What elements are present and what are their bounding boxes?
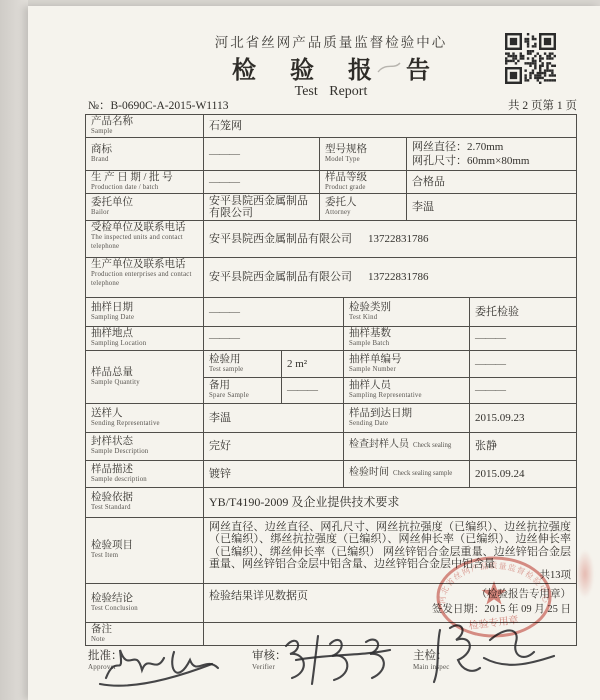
inspection-stamp: 河北省丝网产品质量监督检验中心 检验专用章: [433, 553, 555, 641]
note-label: 备注 Note: [86, 623, 203, 645]
value-text: 李温: [209, 412, 231, 425]
test-sample-label: 检验用 Test sample: [203, 351, 281, 377]
approver-label: 批准： Approver: [88, 650, 123, 672]
label-cn: 检验项目: [91, 540, 198, 552]
label-cn: 抽样地点: [91, 328, 198, 340]
label-cn: 备用: [209, 380, 276, 392]
row-production-unit: 生产单位及联系电话 Production enterprises and con…: [86, 257, 576, 297]
value-text: 石笼网: [209, 120, 242, 133]
sender-label: 送样人 Sending Representative: [86, 404, 203, 432]
sample-number-label: 抽样单编号 Sample Number: [343, 351, 469, 377]
value-text: ———: [475, 358, 505, 371]
label-cn: 检验时间: [349, 467, 389, 478]
row-bailor: 委托单位 Bailor 安平县院西金属制品有限公司 委托人 Attorney 李…: [86, 193, 576, 220]
inspected-unit-value: 安平县院西金属制品有限公司 13722831786: [203, 221, 576, 257]
label-cn: 样品总量: [91, 367, 198, 379]
product-name-value: 石笼网: [203, 115, 576, 137]
row-production-grade: 生 产 日 期 / 批 号 Production date / batch ——…: [86, 170, 576, 193]
row-seal-state: 封样状态 Sample Description 完好 检查封样人员 Check …: [86, 432, 576, 460]
label-en: Approver: [88, 663, 123, 672]
label-cn: 抽样日期: [91, 302, 198, 314]
sample-batch-value: ———: [469, 327, 576, 350]
label-cn: 批准：: [88, 650, 123, 663]
attorney-value: 李温: [406, 194, 576, 220]
attorney-label: 委托人 Attorney: [319, 194, 406, 220]
inspected-unit-label: 受检单位及联系电话 The inspected units and contac…: [86, 221, 203, 257]
label-en: Sampling Location: [91, 340, 198, 349]
stamp-ink-smudge: [576, 550, 594, 598]
label-cn: 抽样人员: [349, 380, 464, 392]
row-product-name: 产品名称 Sample 石笼网: [86, 115, 576, 137]
row-test-standard: 检验依据 Test Standard YB/T4190-2009 及企业提供技术…: [86, 487, 576, 517]
test-conclusion-label: 检验结论 Test Conclusion: [86, 584, 203, 622]
value-text: 委托检验: [475, 306, 519, 319]
sender-value: 李温: [203, 404, 343, 432]
inspector-label: 主检： Main inspec: [413, 650, 450, 672]
stamp-bottom-text: 检验专用章: [468, 613, 519, 632]
spare-sample-label: 备用 Spare Sample: [203, 378, 281, 404]
label-cn: 封样状态: [91, 436, 198, 448]
label-en: Production date / batch: [91, 184, 198, 193]
label-cn: 样品描述: [91, 464, 198, 476]
sample-desc-label: 样品描述 Sample description: [86, 461, 203, 487]
phone-number: 13722831786: [368, 271, 429, 284]
value-text: ———: [209, 332, 239, 345]
label-en: Test Item: [91, 552, 198, 561]
row-sample-description: 样品描述 Sample description 镀锌 检验时间 Check se…: [86, 460, 576, 487]
label-en: The inspected units and contact telephon…: [91, 234, 198, 251]
subrow-test-sample: 检验用 Test sample 2 m² 抽样单编号 Sample Number…: [203, 351, 576, 377]
label-cn: 检验类别: [349, 302, 464, 314]
test-standard-label: 检验依据 Test Standard: [86, 488, 203, 517]
subrow-spare-sample: 备用 Spare Sample ——— 抽样人员 Sampling Repres…: [203, 377, 576, 404]
organization-title: 河北省丝网产品质量监督检验中心: [85, 31, 577, 51]
label-en: Sample: [91, 128, 198, 137]
test-time-value: 2015.09.24: [469, 461, 576, 487]
sample-desc-value: 镀锌: [203, 461, 343, 487]
label-en: Spare Sample: [209, 392, 276, 401]
production-date-value: ———: [203, 171, 319, 193]
label-en: Product grade: [325, 184, 401, 193]
row-sampling-location: 抽样地点 Sampling Location ——— 抽样基数 Sample B…: [86, 326, 576, 350]
stamp-star-icon: [482, 581, 507, 605]
row-sender: 送样人 Sending Representative 李温 样品到达日期 Sen…: [86, 403, 576, 432]
label-en: Sample Batch: [349, 340, 464, 349]
label-en: Brand: [91, 156, 198, 165]
product-grade-label: 样品等级 Product grade: [319, 171, 406, 193]
production-unit-value: 安平县院西金属制品有限公司 13722831786: [203, 258, 576, 297]
row-inspected-unit: 受检单位及联系电话 The inspected units and contac…: [86, 220, 576, 257]
wire-diameter: 网丝直径：2.70mm: [412, 140, 503, 154]
value-text: 张静: [475, 440, 497, 453]
label-cn: 抽样基数: [349, 328, 464, 340]
label-en: Production enterprises and contact telep…: [91, 271, 198, 288]
label-en: Sample Description: [91, 448, 198, 457]
label-en: Test Kind: [349, 314, 464, 323]
value-text: 2015.09.23: [475, 412, 525, 425]
label-cn: 备注: [91, 624, 198, 636]
label-cn: 型号规格: [325, 144, 401, 156]
label-cn: 商标: [91, 144, 198, 156]
label-en: Sample Number: [349, 366, 464, 375]
label-en: Sample Quantity: [91, 379, 198, 388]
verifier-label: 审核： Verifier: [252, 650, 287, 672]
label-en: Main inspec: [413, 663, 450, 672]
label-en: Attorney: [325, 209, 401, 218]
seal-state-value: 完好: [203, 433, 343, 460]
seal-state-label: 封样状态 Sample Description: [86, 433, 203, 460]
report-number-prefix: №：: [88, 100, 110, 112]
test-kind-value: 委托检验: [469, 298, 576, 326]
value-text: 李温: [412, 201, 434, 214]
label-cn: 审核：: [252, 650, 287, 663]
report-number-value: B-0690C-A-2015-W1113: [110, 100, 228, 112]
value-text: 2015.09.24: [475, 468, 525, 481]
label-cn: 检验依据: [91, 492, 198, 504]
label-cn: 样品等级: [325, 172, 401, 184]
sampling-location-label: 抽样地点 Sampling Location: [86, 327, 203, 350]
sample-quantity-label: 样品总量 Sample Quantity: [86, 351, 203, 403]
brand-label: 商标 Brand: [86, 138, 203, 170]
spare-sample-value: ———: [281, 378, 343, 404]
label-cn: 检查封样人员: [349, 439, 409, 450]
label-cn: 委托单位: [91, 197, 198, 209]
value-text: 完好: [209, 440, 231, 453]
sampling-location-value: ———: [203, 327, 343, 350]
report-number-line: №：B-0690C-A-2015-W1113 共 2 页第 1 页: [88, 97, 577, 113]
value-text: 安平县院西金属制品有限公司: [209, 195, 314, 219]
brand-value: ———: [203, 138, 319, 170]
sample-quantity-subgrid: 检验用 Test sample 2 m² 抽样单编号 Sample Number…: [203, 351, 576, 403]
value-text: 合格品: [412, 176, 445, 189]
pen-mark: [376, 58, 402, 76]
row-sample-quantity: 样品总量 Sample Quantity 检验用 Test sample 2 m…: [86, 350, 576, 403]
label-en: Note: [91, 636, 198, 645]
value-text: ———: [475, 384, 505, 397]
label-en: Sampling Representative: [349, 392, 464, 401]
arrival-date-label: 样品到达日期 Sending Date: [343, 404, 469, 432]
value-text: YB/T4190-2009 及企业提供技术要求: [209, 496, 399, 509]
sampling-rep-label: 抽样人员 Sampling Representative: [343, 378, 469, 404]
label-en: Model Type: [325, 156, 401, 165]
row-sampling-date: 抽样日期 Sampling Date ——— 检验类别 Test Kind 委托…: [86, 297, 576, 326]
test-sample-value: 2 m²: [281, 351, 343, 377]
value-text: 2 m²: [287, 358, 307, 371]
label-cn: 委托人: [325, 197, 401, 209]
scan-edge-shadow: [0, 0, 28, 700]
report-title: 检 验 报 告: [85, 50, 577, 85]
label-cn: 样品到达日期: [349, 408, 464, 420]
phone-number: 13722831786: [368, 233, 429, 246]
label-en: Sampling Date: [91, 314, 198, 323]
sampling-rep-value: ———: [469, 378, 576, 404]
label-cn: 生 产 日 期 / 批 号: [91, 172, 198, 184]
label-en: Test sample: [209, 366, 276, 375]
production-date-label: 生 产 日 期 / 批 号 Production date / batch: [86, 171, 203, 193]
label-cn: 检验用: [209, 354, 276, 366]
label-cn: 送样人: [91, 408, 198, 420]
value-text: ———: [209, 148, 239, 161]
sampling-date-value: ———: [203, 298, 343, 326]
label-cn: 产品名称: [91, 116, 198, 128]
sampling-date-label: 抽样日期 Sampling Date: [86, 298, 203, 326]
label-cn: 抽样单编号: [349, 354, 464, 366]
product-grade-value: 合格品: [406, 171, 576, 193]
production-unit-label: 生产单位及联系电话 Production enterprises and con…: [86, 258, 203, 297]
test-kind-label: 检验类别 Test Kind: [343, 298, 469, 326]
value-text: ———: [209, 176, 239, 189]
label-cn: 生产单位及联系电话: [91, 259, 198, 271]
row-brand-model: 商标 Brand ——— 型号规格 Model Type 网丝直径：2.70mm…: [86, 137, 576, 170]
report-number: №：B-0690C-A-2015-W1113: [88, 97, 228, 113]
label-cn: 受检单位及联系电话: [91, 222, 198, 234]
sample-batch-label: 抽样基数 Sample Batch: [343, 327, 469, 350]
value-text: ———: [287, 384, 317, 397]
label-cn: 检验结论: [91, 593, 198, 605]
label-en: Sending Representative: [91, 420, 198, 429]
value-text: ———: [209, 306, 239, 319]
label-en: Test Conclusion: [91, 605, 198, 614]
test-items-label: 检验项目 Test Item: [86, 518, 203, 583]
mesh-size: 网孔尺寸：60mm×80mm: [412, 154, 529, 168]
seal-checker-label: 检查封样人员 Check sealing sample personnel: [343, 433, 469, 460]
qr-code-icon: [505, 33, 556, 84]
company-name: 安平县院西金属制品有限公司: [209, 271, 352, 284]
seal-checker-value: 张静: [469, 433, 576, 460]
bailor-label: 委托单位 Bailor: [86, 194, 203, 220]
test-standard-value: YB/T4190-2009 及企业提供技术要求: [203, 488, 576, 517]
product-name-label: 产品名称 Sample: [86, 115, 203, 137]
label-en: Bailor: [91, 209, 198, 218]
model-type-value: 网丝直径：2.70mm 网孔尺寸：60mm×80mm: [406, 138, 576, 170]
value-text: ———: [475, 332, 505, 345]
label-en: Test Standard: [91, 504, 198, 513]
label-en: Verifier: [252, 663, 287, 672]
page-count: 共 2 页第 1 页: [508, 97, 577, 113]
label-cn: 主检：: [413, 650, 450, 663]
label-en: Sample description: [91, 476, 198, 485]
bailor-value: 安平县院西金属制品有限公司: [203, 194, 319, 220]
label-en: Sending Date: [349, 420, 464, 429]
value-text: 镀锌: [209, 468, 231, 481]
sample-number-value: ———: [469, 351, 576, 377]
test-time-label: 检验时间 Check sealing sample time: [343, 461, 469, 487]
model-type-label: 型号规格 Model Type: [319, 138, 406, 170]
arrival-date-value: 2015.09.23: [469, 404, 576, 432]
company-name: 安平县院西金属制品有限公司: [209, 233, 352, 246]
